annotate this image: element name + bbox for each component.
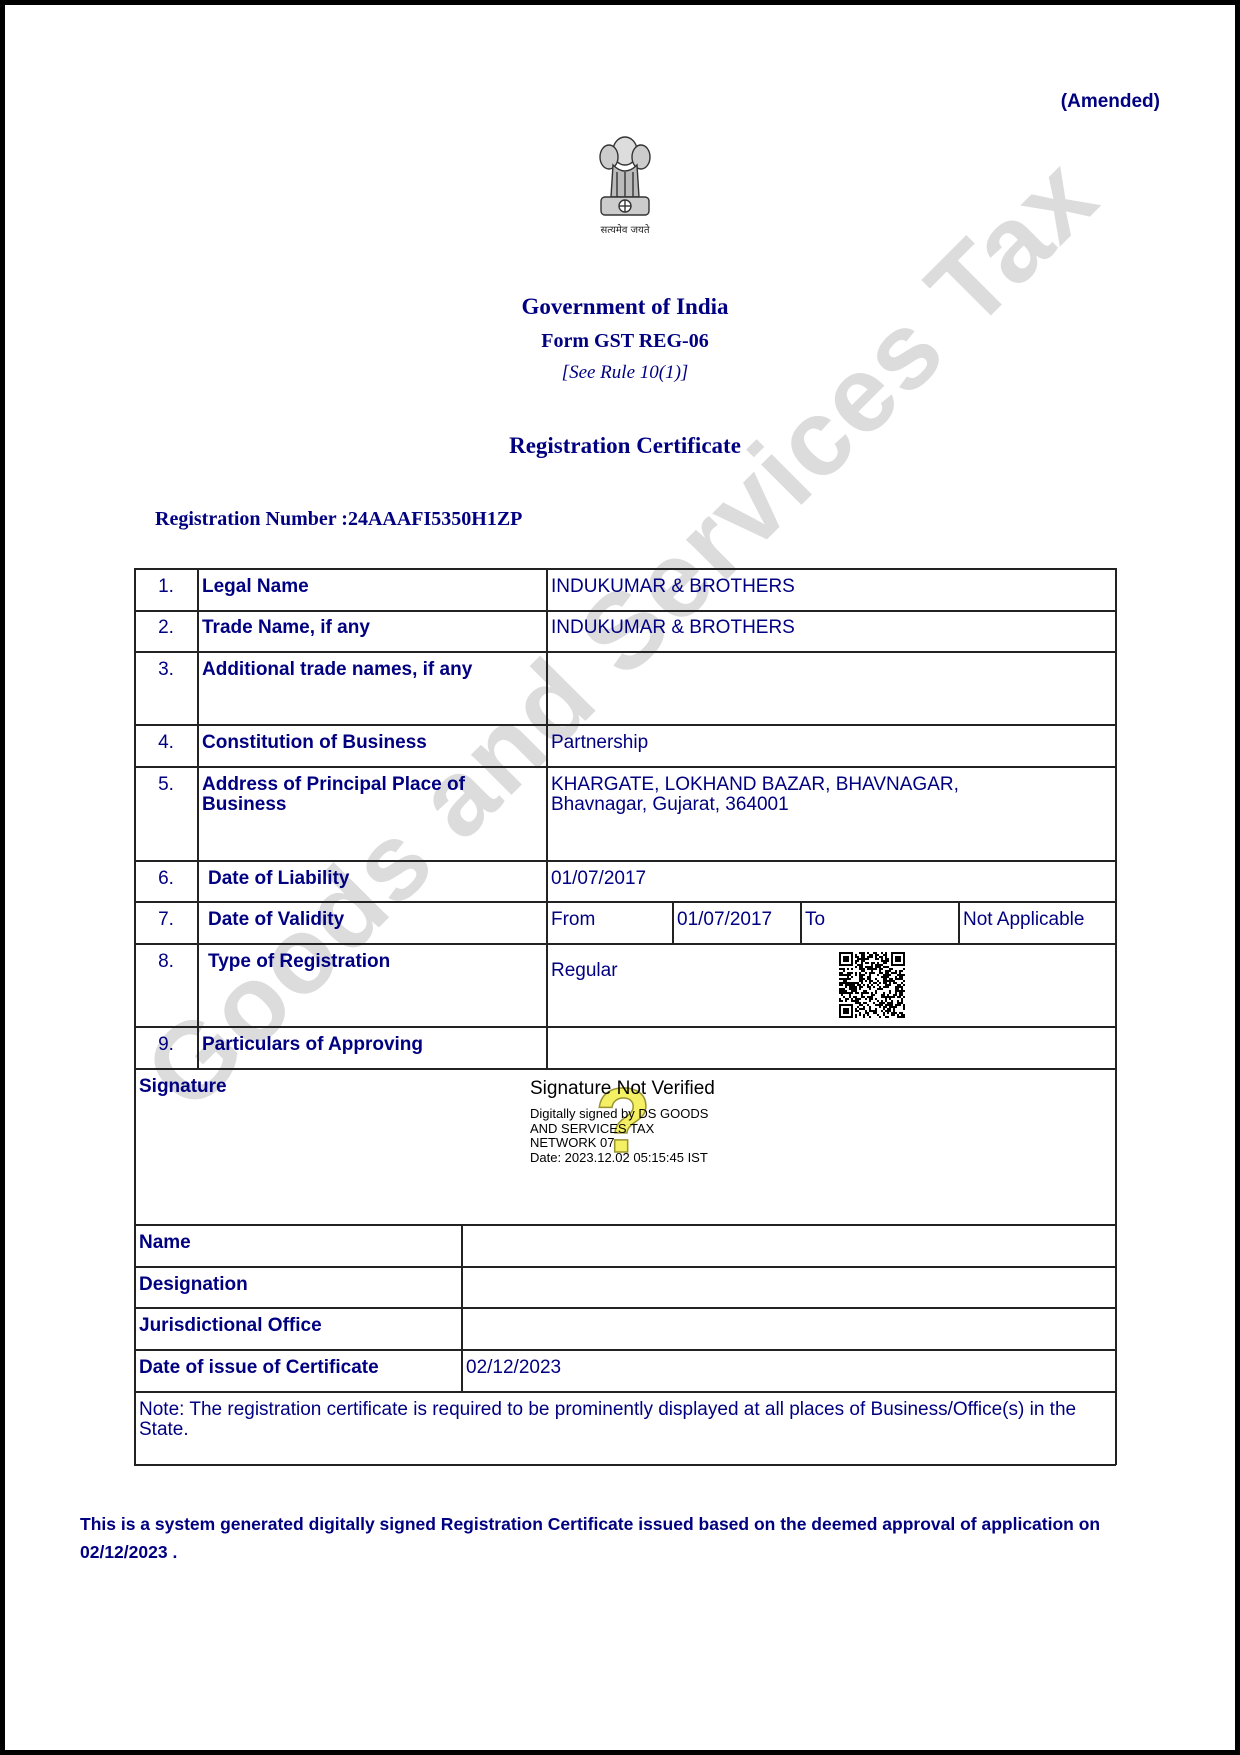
row-label: Date of Validity (204, 902, 546, 930)
government-heading: Government of India (5, 294, 1240, 320)
signature-detail-line: AND SERVICES TAX (530, 1122, 790, 1137)
display-note: Note: The registration certificate is re… (135, 1392, 1115, 1440)
row-number: 2. (135, 610, 197, 638)
approver-name-label: Name (135, 1225, 461, 1253)
row-label: Date of Liability (204, 861, 546, 889)
amended-label: (Amended) (1061, 91, 1160, 113)
row-number: 4. (135, 725, 197, 753)
additional-trade-names-value (547, 652, 1115, 660)
trade-name-value: INDUKUMAR & BROTHERS (547, 610, 1115, 638)
signature-label: Signature (135, 1069, 435, 1097)
row-label: Particulars of Approving (198, 1027, 546, 1055)
row-label: Legal Name (198, 569, 546, 597)
qr-code-icon[interactable] (839, 952, 905, 1018)
row-label: Type of Registration (204, 944, 546, 972)
signature-detail-line: NETWORK 07 (530, 1136, 790, 1151)
designation-value (462, 1267, 1115, 1275)
row-number: 6. (135, 861, 197, 889)
row-number: 8. (135, 944, 197, 972)
jurisdictional-office-label: Jurisdictional Office (135, 1308, 461, 1336)
row-number: 7. (135, 902, 197, 930)
issue-date-label: Date of issue of Certificate (135, 1350, 461, 1378)
row-number: 1. (135, 569, 197, 597)
legal-name-value: INDUKUMAR & BROTHERS (547, 569, 1115, 597)
row-number: 9. (135, 1027, 197, 1055)
national-emblem-icon: सत्यमेव जयते (589, 127, 661, 245)
form-heading: Form GST REG-06 (5, 330, 1240, 353)
validity-to-label: To (801, 902, 958, 930)
row-label: Constitution of Business (198, 725, 546, 753)
validity-from-value: 01/07/2017 (673, 902, 800, 930)
jurisdictional-office-value (462, 1308, 1115, 1316)
row-label: Address of Principal Place of Business (198, 767, 518, 815)
certificate-title: Registration Certificate (5, 433, 1240, 459)
designation-label: Designation (135, 1267, 461, 1295)
certificate-page: (Amended) सत्यमेव जयते Government of Ind… (0, 0, 1240, 1755)
row-label: Additional trade names, if any (198, 652, 546, 680)
system-generated-notice: This is a system generated digitally sig… (80, 1510, 1170, 1566)
rule-reference: [See Rule 10(1)] (5, 362, 1240, 384)
constitution-value: Partnership (547, 725, 1115, 753)
validity-from-label: From (547, 902, 672, 930)
signature-status: Signature Not Verified (530, 1078, 790, 1100)
issue-date-value: 02/12/2023 (462, 1350, 1115, 1378)
registration-type-value: Regular (547, 953, 747, 981)
digital-signature[interactable]: Signature Not Verified Digitally signed … (530, 1078, 790, 1165)
address-value: KHARGATE, LOKHAND BAZAR, BHAVNAGAR, Bhav… (547, 767, 1017, 815)
signature-detail-line: Date: 2023.12.02 05:15:45 IST (530, 1151, 790, 1166)
row-label: Trade Name, if any (198, 610, 546, 638)
row-number: 3. (135, 652, 197, 680)
registration-number: Registration Number :24AAAFI5350H1ZP (155, 508, 522, 531)
row-number: 5. (135, 767, 197, 795)
approver-name-value (462, 1225, 1115, 1233)
svg-text:सत्यमेव जयते: सत्यमेव जयते (600, 224, 649, 236)
validity-to-value: Not Applicable (959, 902, 1115, 930)
approving-particulars-value (547, 1027, 1115, 1035)
date-of-liability-value: 01/07/2017 (547, 861, 1115, 889)
registration-number-value: 24AAAFI5350H1ZP (348, 508, 522, 530)
registration-number-label: Registration Number : (155, 508, 348, 530)
signature-detail-line: Digitally signed by DS GOODS (530, 1107, 790, 1122)
